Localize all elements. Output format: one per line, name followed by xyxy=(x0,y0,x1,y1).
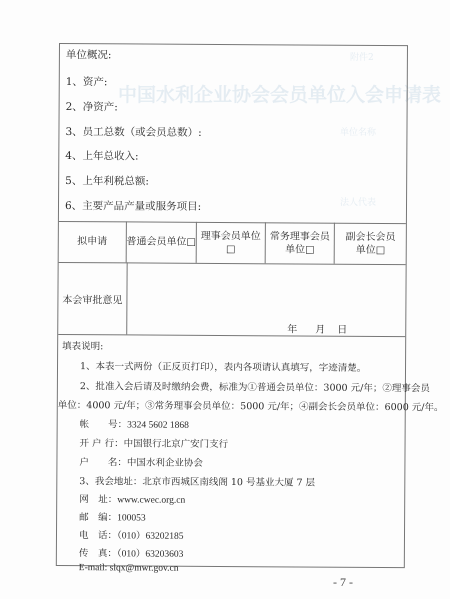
bank-value: 中国银行北京广安门支行 xyxy=(124,438,229,450)
approval-label: 本会审批意见 xyxy=(58,262,127,334)
approval-opinion-field[interactable]: 年 月 日 xyxy=(127,262,405,336)
option-label: 常务理事会员 xyxy=(270,230,330,243)
date-year-label: 年 xyxy=(287,320,297,335)
option-ordinary-member[interactable]: 普通会员单位□ xyxy=(126,221,197,262)
page-number: - 7 - xyxy=(333,575,353,590)
website: 网 址：www.cwec.org.cn xyxy=(79,491,185,506)
option-label: 理事会员单位 xyxy=(201,230,261,243)
address: 3、我会地址：北京市西城区南线阁 10 号基业大厦 7 层 xyxy=(79,473,315,488)
account-number: 3324 5602 1868 xyxy=(127,420,189,430)
instruction-2: 2、批准入会后请及时缴纳会费，标准为①普通会员单位：3000 元/年；②理事会员 xyxy=(80,378,430,394)
overview-item-net-assets: 2、净资产: xyxy=(66,99,118,114)
bank-label: 开 户 行： xyxy=(80,438,124,449)
phone-label: 电 话： xyxy=(79,530,117,541)
filling-instructions: 填表说明: 1、本表一式两份（正反页打印），表内各项请认真填写，字迹清楚。 2、… xyxy=(57,334,405,567)
unit-overview-section: 单位概况: 1、资产: 2、净资产: 3、员工总数（或会员总数）: 4、上年总收… xyxy=(59,44,407,224)
date-month-label: 月 xyxy=(315,321,325,336)
fax-value: （010）63203603 xyxy=(117,549,184,559)
overview-item-employees: 3、员工总数（或会员总数）: xyxy=(65,124,201,140)
membership-form-table: 单位概况: 1、资产: 2、净资产: 3、员工总数（或会员总数）: 4、上年总收… xyxy=(56,43,408,568)
option-label-2: 单位□ xyxy=(270,243,330,256)
instruction-1: 1、本表一式两份（正反页打印），表内各项请认真填写，字迹清楚。 xyxy=(80,358,366,374)
phone-value: （010）63202185 xyxy=(117,531,184,541)
approval-row: 本会审批意见 年 月 日 xyxy=(58,262,405,337)
instructions-title: 填表说明: xyxy=(62,338,103,352)
bank-name: 开 户 行：中国银行北京广安门支行 xyxy=(80,435,229,450)
overview-title: 单位概况: xyxy=(66,47,112,62)
application-label: 拟申请 xyxy=(59,221,127,262)
option-label-2: 单位□ xyxy=(345,243,395,256)
overview-item-products: 6、主要产品产量或服务项目: xyxy=(65,198,201,214)
postcode-value: 100053 xyxy=(117,513,146,523)
holder-value: 中国水利企业协会 xyxy=(127,457,203,468)
option-standing-council-member[interactable]: 常务理事会员 单位□ xyxy=(265,222,335,263)
overview-item-profit-tax: 5、上年利税总额: xyxy=(65,173,149,189)
email-label: E-mail: xyxy=(79,563,108,573)
option-council-member[interactable]: 理事会员单位 □ xyxy=(197,222,266,263)
option-vice-president-member[interactable]: 副会长会员 单位□ xyxy=(335,223,406,264)
overview-item-assets: 1、资产: xyxy=(66,74,108,89)
website-link[interactable]: www.cwec.org.cn xyxy=(117,495,185,505)
postcode: 邮 编：100053 xyxy=(79,509,146,523)
bank-account: 帐 号：3324 5602 1868 xyxy=(80,416,189,431)
checkbox-icon[interactable]: □ xyxy=(201,243,261,256)
postcode-label: 邮 编： xyxy=(79,512,117,523)
fax: 传 真：（010）63203603 xyxy=(79,545,184,560)
email: E-mail: slqx@mwr.gov.cn xyxy=(79,563,179,574)
date-day-label: 日 xyxy=(337,321,347,336)
account-holder: 户 名：中国水利企业协会 xyxy=(79,454,203,469)
overview-item-revenue: 4、上年总收入: xyxy=(65,148,138,163)
phone: 电 话：（010）63202185 xyxy=(79,527,184,542)
holder-label: 户 名： xyxy=(79,457,127,468)
email-link[interactable]: slqx@mwr.gov.cn xyxy=(110,563,179,573)
option-label: 普通会员单位□ xyxy=(126,235,196,248)
application-row: 拟申请 普通会员单位□ 理事会员单位 □ 常务理事会员 单位□ 副会长会员 单位… xyxy=(59,221,406,265)
website-label: 网 址： xyxy=(79,494,117,505)
fax-label: 传 真： xyxy=(79,548,117,559)
option-label: 副会长会员 xyxy=(345,230,395,243)
account-label: 帐 号： xyxy=(80,419,128,430)
instruction-2-cont: 单位：4000 元/年；③常务理事会员单位：5000 元/年；④副会长会员单位：… xyxy=(58,397,444,413)
